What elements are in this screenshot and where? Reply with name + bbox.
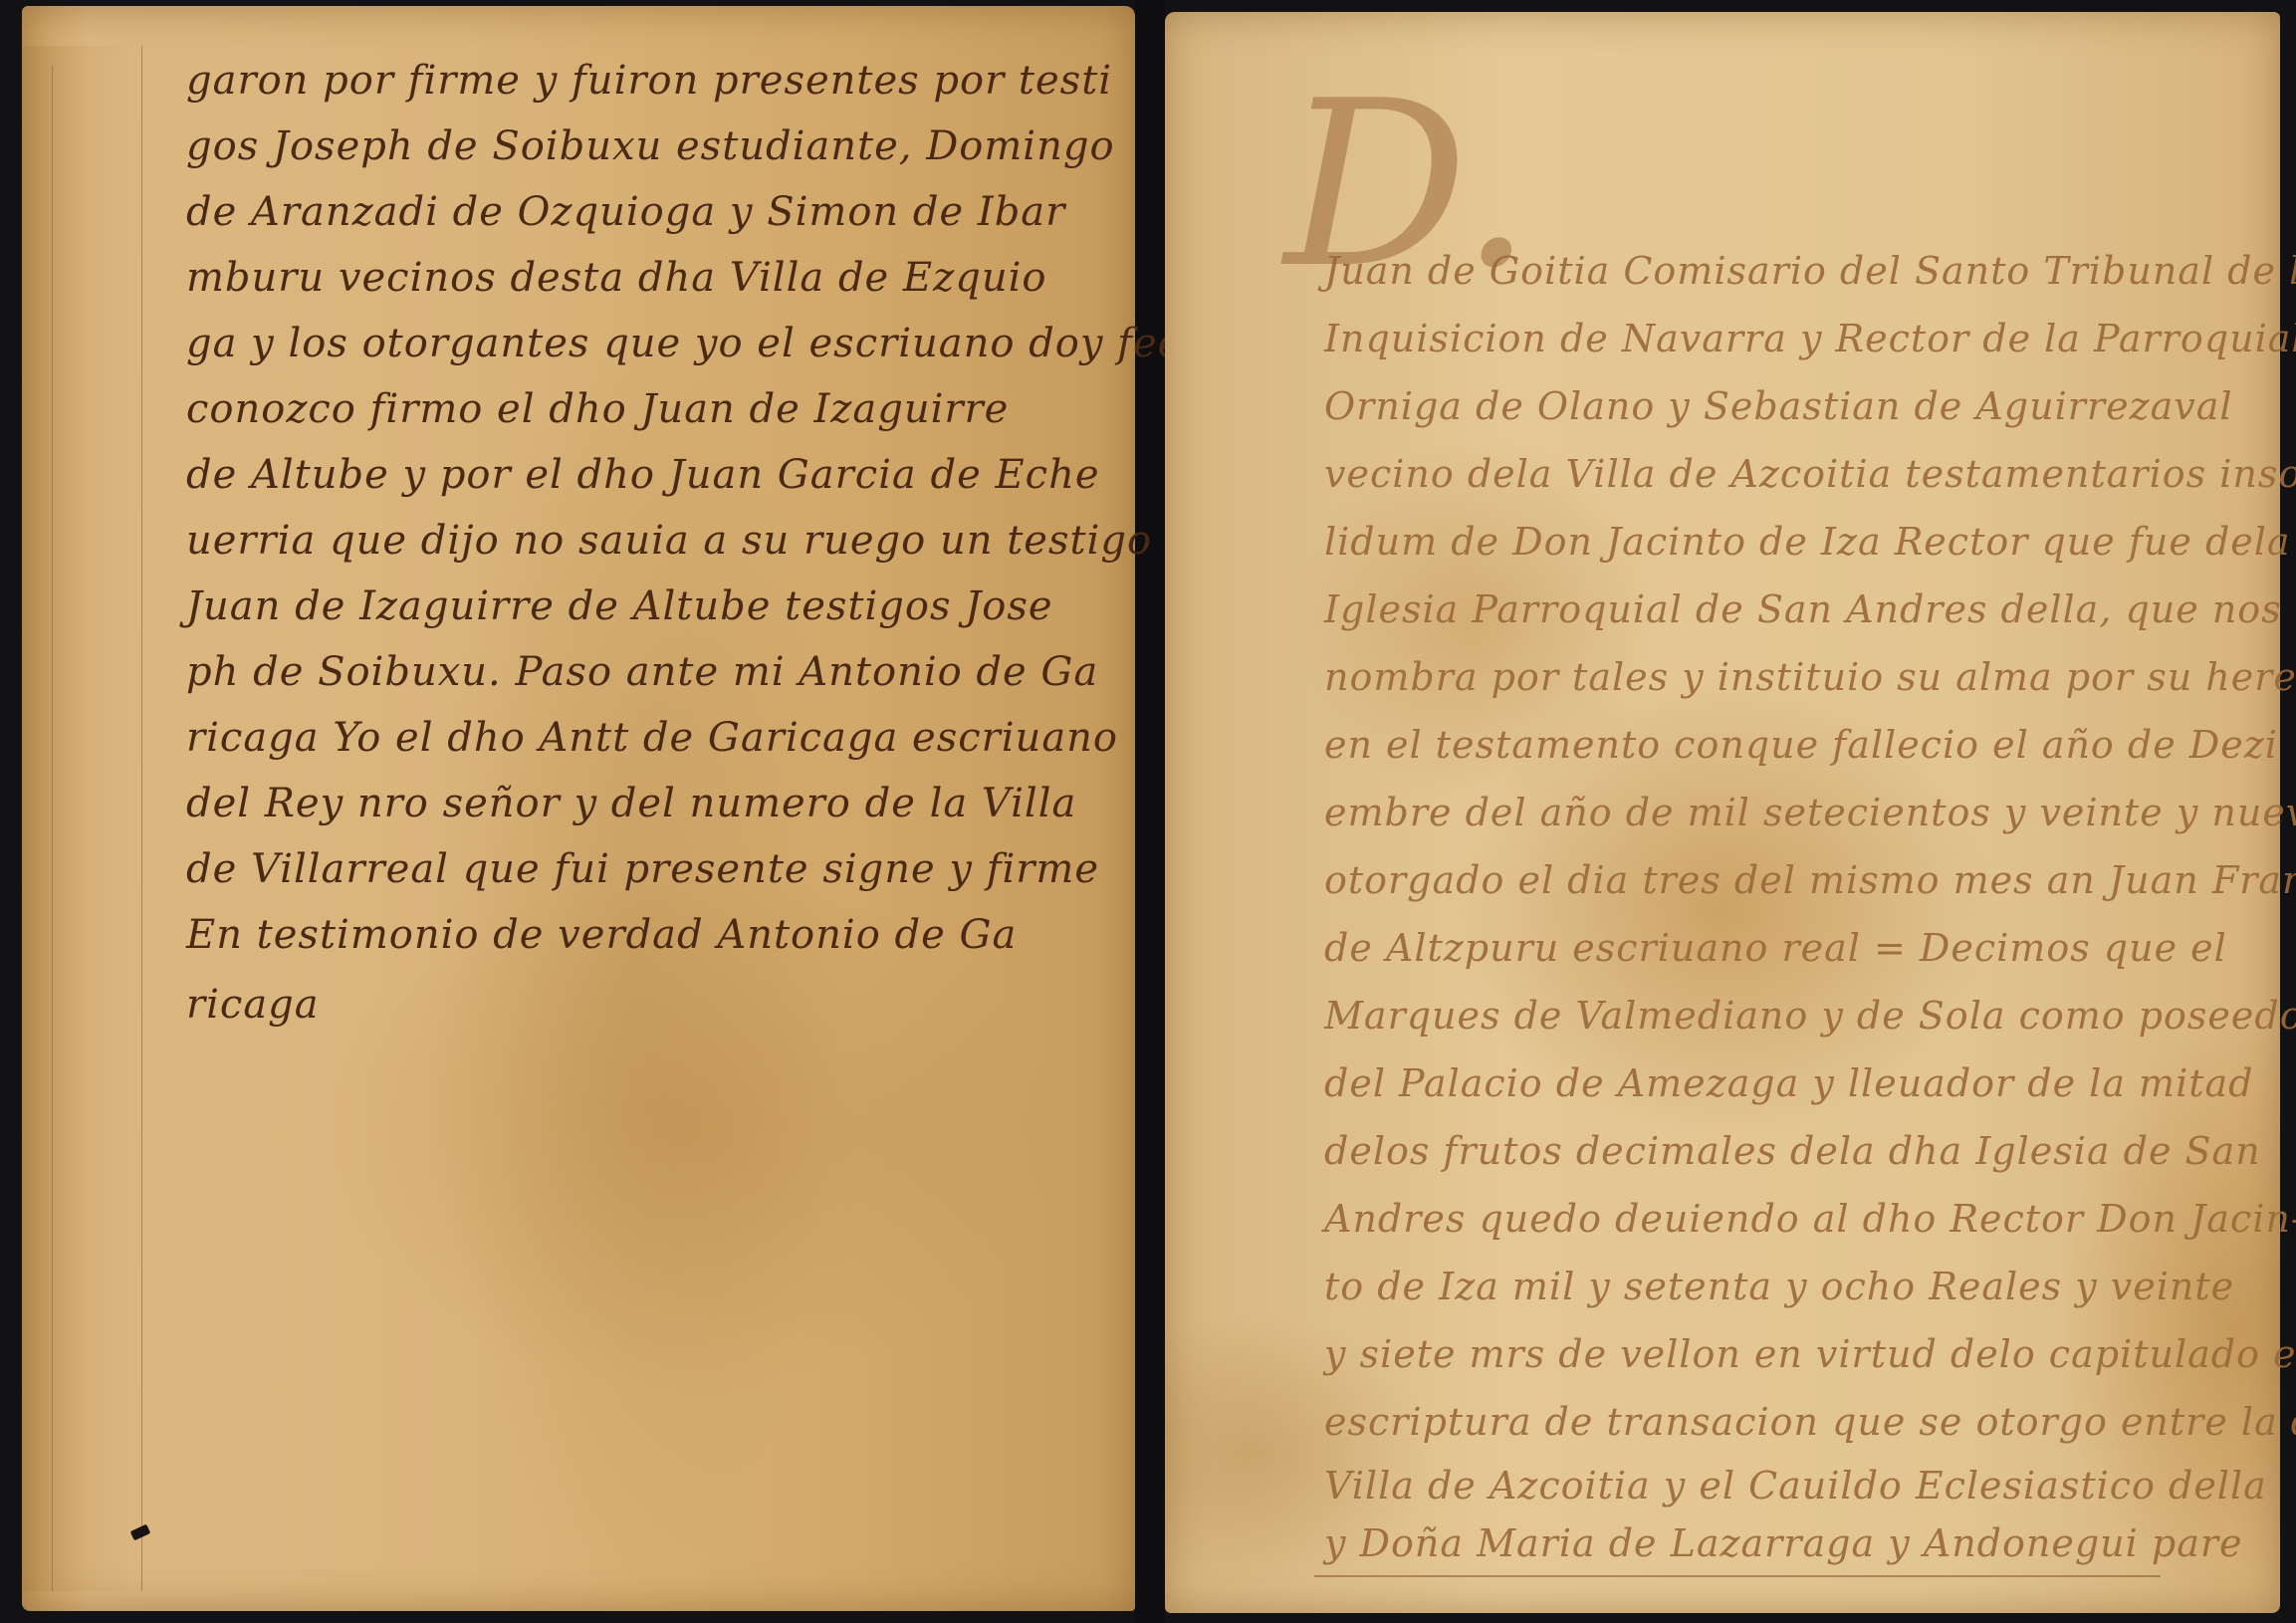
handwritten-line: de Aranzadi de Ozquioga y Simon de Ibar (186, 189, 1065, 235)
handwritten-line: Orniga de Olano y Sebastian de Aguirreza… (1324, 384, 2233, 428)
handwritten-line: lidum de Don Jacinto de Iza Rector que f… (1324, 520, 2291, 564)
handwritten-line: del Palacio de Amezaga y lleuador de la … (1324, 1061, 2254, 1105)
handwritten-line: en el testamento conque fallecio el año … (1324, 723, 2278, 767)
handwritten-line: nombra por tales y instituio su alma por… (1324, 655, 2296, 699)
handwritten-line: del Rey nro señor y del numero de la Vil… (186, 781, 1076, 826)
handwritten-line: gos Joseph de Soibuxu estudiante, Doming… (186, 123, 1115, 169)
ruled-line-divider (1314, 1575, 2161, 1577)
handwritten-line: de Villarreal que fui presente signe y f… (186, 846, 1099, 892)
handwritten-line: Iglesia Parroquial de San Andres della, … (1324, 587, 2282, 631)
handwritten-line: ricaga (186, 982, 320, 1028)
handwritten-line: Villa de Azcoitia y el Cauildo Eclesiast… (1324, 1464, 2267, 1507)
stacked-page-edges (22, 46, 142, 1591)
handwritten-line: Marques de Valmediano y de Sola como pos… (1324, 994, 2296, 1038)
page-gutter (1135, 0, 1165, 1623)
handwritten-line: vecino dela Villa de Azcoitia testamenta… (1324, 452, 2296, 496)
right-manuscript-page: D. Juan de Goitia Comisario del Santo Tr… (1165, 12, 2280, 1613)
handwritten-line: escriptura de transacion que se otorgo e… (1324, 1400, 2296, 1444)
handwritten-line: En testimonio de verdad Antonio de Ga (186, 912, 1017, 958)
handwritten-line: Juan de Goitia Comisario del Santo Tribu… (1324, 249, 2296, 293)
handwritten-line: conozco firmo el dho Juan de Izaguirre (186, 386, 1009, 432)
handwritten-line: ph de Soibuxu. Paso ante mi Antonio de G… (186, 649, 1098, 695)
handwritten-line: garon por firme y fuiron presentes por t… (186, 58, 1112, 104)
handwritten-line: de Altzpuru escriuano real = Decimos que… (1324, 926, 2227, 970)
handwritten-line: Inquisicion de Navarra y Rector de la Pa… (1324, 317, 2296, 360)
handwritten-line: Juan de Izaguirre de Altube testigos Jos… (186, 583, 1053, 629)
handwritten-line: ricaga Yo el dho Antt de Garicaga escriu… (186, 715, 1118, 761)
handwritten-line: mburu vecinos desta dha Villa de Ezquio (186, 255, 1046, 301)
handwritten-line: otorgado el dia tres del mismo mes an Ju… (1324, 858, 2296, 902)
handwritten-line: uerria que dijo no sauia a su ruego un t… (186, 518, 1152, 564)
handwritten-line: ga y los otorgantes que yo el escriuano … (186, 321, 1182, 366)
handwritten-line: Andres quedo deuiendo al dho Rector Don … (1324, 1197, 2296, 1241)
left-manuscript-page: garon por firme y fuiron presentes por t… (22, 6, 1135, 1611)
handwritten-line: de Altube y por el dho Juan Garcia de Ec… (186, 452, 1100, 498)
handwritten-line: to de Iza mil y setenta y ocho Reales y … (1324, 1265, 2234, 1308)
handwritten-line: embre del año de mil setecientos y veint… (1324, 791, 2296, 834)
handwritten-line: y siete mrs de vellon en virtud delo cap… (1324, 1332, 2296, 1376)
handwritten-line: y Doña Maria de Lazarraga y Andonegui pa… (1324, 1521, 2243, 1565)
handwritten-line: delos frutos decimales dela dha Iglesia … (1324, 1129, 2261, 1173)
